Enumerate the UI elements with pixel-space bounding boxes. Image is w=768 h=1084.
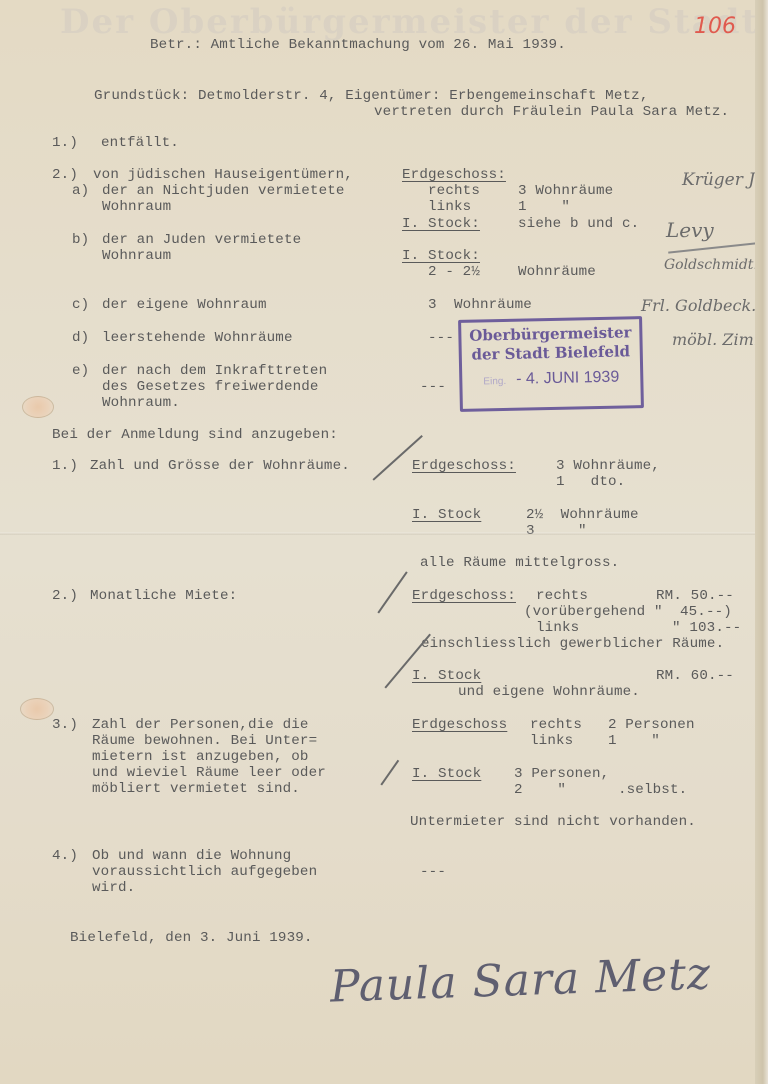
q2-row3-pos: links [536, 620, 579, 637]
q1-note: alle Räume mittelgross. [420, 555, 619, 572]
item-2c-text: der eigene Wohnraum [102, 297, 267, 314]
stamp-line1: Oberbürgermeister [461, 323, 639, 345]
q3-number: 3.) [52, 717, 78, 734]
handwritten-note-goldbeck: Frl. Goldbeck. [641, 296, 756, 315]
property-line-1: Grundstück: Detmolderstr. 4, Eigentümer:… [94, 88, 649, 105]
stamp-date-row: Eing.- 4. JUNI 1939 [462, 368, 640, 390]
item-2b-label: b) [72, 232, 89, 249]
item-2-heading: von jüdischen Hauseigentümern, [93, 167, 353, 184]
paper-stain [20, 698, 54, 720]
paper-stain [22, 396, 54, 418]
q3-line4: und wieviel Räume leer oder [92, 765, 326, 782]
handwritten-note-moebl-zimmer: möbl. Zimmer [672, 330, 768, 349]
q1-floor2-line1: 2½ Wohnräume [526, 507, 639, 524]
q3-row1: rechts 2 Personen [530, 717, 695, 734]
q2-row1-pos: rechts [536, 588, 588, 605]
answer-b-floor: I. Stock: [402, 248, 480, 265]
item-2a-line1: der an Nichtjuden vermietete [102, 183, 345, 200]
q3-row3: 3 Personen, [514, 766, 609, 783]
item-2d-label: d) [72, 330, 89, 347]
q4-line2: voraussichtlich aufgegeben [92, 864, 317, 881]
item-2e-line1: der nach dem Inkrafttreten [102, 363, 327, 380]
item-2a-line2: Wohnraum [102, 199, 171, 216]
handwritten-note-levy: Levy [666, 218, 714, 242]
q2-row1-amount: RM. 50.-- [656, 588, 734, 605]
q2-floor1: Erdgeschoss: [412, 588, 516, 605]
document-page: Der Oberbürgermeister der Stadt Bielefel… [0, 0, 755, 1084]
answer-a-floor2-val: siehe b und c. [518, 216, 639, 233]
page-edge [755, 0, 768, 1084]
q1-floor1-line1: 3 Wohnräume, [556, 458, 660, 475]
item-2e-label: e) [72, 363, 89, 380]
q3-floor1: Erdgeschoss [412, 717, 507, 734]
item-1-number: 1.) [52, 135, 78, 152]
q3-line3: mietern ist anzugeben, ob [92, 749, 309, 766]
answer-a-row2-val: 1 " [518, 199, 570, 216]
stamp-prefix: Eing. [483, 376, 506, 387]
q1-floor2: I. Stock [412, 507, 481, 524]
q2-number: 2.) [52, 588, 78, 605]
received-stamp: Oberbürgermeister der Stadt Bielefeld Ei… [458, 316, 644, 412]
q2-floor2-amount: RM. 60.-- [656, 668, 734, 685]
q4-answer: --- [420, 864, 446, 881]
q1-text: Zahl und Grösse der Wohnräume. [90, 458, 350, 475]
registration-heading: Bei der Anmeldung sind anzugeben: [52, 427, 338, 444]
answer-a-row1-val: 3 Wohnräume [518, 183, 613, 200]
paper-fold [0, 532, 755, 535]
item-2d-text: leerstehende Wohnräume [102, 330, 293, 347]
check-slash-q3 [380, 760, 398, 785]
answer-a-floor2: I. Stock: [402, 216, 480, 233]
item-2e-line3: Wohnraum. [102, 395, 180, 412]
handwritten-note-goldschmidt: Goldschmidt. [664, 257, 758, 273]
answer-b-val-unit: Wohnräume [518, 264, 596, 281]
q3-line5: möbliert vermietet sind. [92, 781, 300, 798]
item-2c-label: c) [72, 297, 89, 314]
item-2a-label: a) [72, 183, 89, 200]
q2-row3-amount: " 103.-- [672, 620, 741, 637]
q4-number: 4.) [52, 848, 78, 865]
stamp-date: - 4. JUNI 1939 [516, 369, 619, 388]
item-2b-line2: Wohnraum [102, 248, 171, 265]
handwritten-underline [668, 242, 756, 253]
q1-number: 1.) [52, 458, 78, 475]
q1-floor1: Erdgeschoss: [412, 458, 516, 475]
q3-row4: 2 " .selbst. [514, 782, 687, 799]
answer-a-row2-pos: links [428, 199, 471, 216]
q2-floor2: I. Stock [412, 668, 481, 685]
place-date: Bielefeld, den 3. Juni 1939. [70, 930, 313, 947]
q3-floor2: I. Stock [412, 766, 481, 783]
item-1-text: entfällt. [101, 135, 179, 152]
answer-e-val: --- [420, 379, 446, 396]
q3-note: Untermieter sind nicht vorhanden. [410, 814, 696, 831]
answer-a-row1-pos: rechts [428, 183, 480, 200]
item-2-number: 2.) [52, 167, 78, 184]
q2-note1: einschliesslich gewerblicher Räume. [421, 636, 724, 653]
item-2b-line1: der an Juden vermietete [102, 232, 301, 249]
q3-line2: Räume bewohnen. Bei Unter= [92, 733, 317, 750]
q4-line1: Ob und wann die Wohnung [92, 848, 291, 865]
property-line-2: vertreten durch Fräulein Paula Sara Metz… [374, 104, 729, 121]
letterhead-ghost: Der Oberbürgermeister der Stadt Bielefel… [60, 2, 720, 42]
q3-line1: Zahl der Personen,die die [92, 717, 309, 734]
folio-number: 106 [694, 14, 736, 39]
answer-b-val-num: 2 - 2½ [428, 264, 480, 281]
q2-row2: (vorübergehend " 45.--) [524, 604, 732, 621]
signature: Paula Sara Metz [329, 948, 712, 1012]
subject-line: Betr.: Amtliche Bekanntmachung vom 26. M… [150, 37, 566, 54]
q2-note2: und eigene Wohnräume. [458, 684, 640, 701]
item-2e-line2: des Gesetzes freiwerdende [102, 379, 319, 396]
q4-line3: wird. [92, 880, 135, 897]
stamp-line2: der Stadt Bielefeld [462, 342, 640, 364]
check-slash-q2 [377, 571, 407, 613]
q1-floor1-line2: 1 dto. [556, 474, 625, 491]
q3-row2: links 1 " [530, 733, 660, 750]
answer-a-floor: Erdgeschoss: [402, 167, 506, 184]
answer-c-val: 3 Wohnräume [428, 297, 532, 314]
q2-text: Monatliche Miete: [90, 588, 237, 605]
answer-d-val: --- [428, 330, 454, 347]
